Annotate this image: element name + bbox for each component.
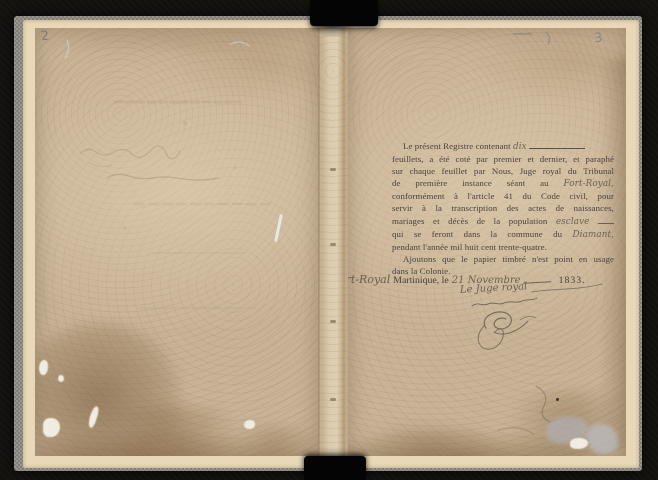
folio-number-right: 3	[593, 31, 603, 47]
handwritten-place: Fort-Royal	[348, 273, 390, 286]
attestation-line-9: pendant l'année mil huit cent trente-qua…	[392, 241, 614, 253]
damage-spot	[87, 405, 100, 428]
attestation-line-6: servir à la transcription des actes de n…	[392, 202, 614, 214]
handwritten-dash	[598, 216, 614, 224]
attestation-line-1: Le présent Registre contenant dix	[392, 140, 614, 153]
stain-blob	[348, 426, 521, 456]
stain-blob	[496, 390, 626, 456]
attestation-line-10: Ajoutons que le papier timbré n'est poin…	[392, 253, 614, 265]
handwritten-word: esclave	[556, 217, 590, 227]
damage-spot	[58, 375, 64, 382]
page-right: 3 Le présent Registre contenant dix feui…	[348, 28, 626, 456]
attestation-line-7: mariages et décès de la population escla…	[392, 215, 614, 228]
printed-text: de première instance séant au	[392, 178, 549, 188]
damage-spot	[43, 418, 60, 437]
signature-title: Le Juge royal	[460, 281, 528, 296]
damage-spot	[39, 360, 48, 375]
attestation-line-3: sur chaque feuillet par Nous, Juge royal…	[392, 165, 614, 177]
stitch-mark	[330, 168, 336, 171]
binding-gutter	[318, 28, 348, 456]
photo-backdrop: 2	[0, 0, 658, 480]
attestation-line-2: feuillets, a été coté par premier et der…	[392, 153, 614, 165]
stain-blob	[93, 406, 258, 456]
attestation-text: Le présent Registre contenant dix feuill…	[392, 140, 614, 277]
scratch-mark	[274, 214, 282, 242]
stitch-mark	[330, 243, 336, 246]
handwritten-word: Diamant,	[573, 230, 615, 240]
attestation-line-4: de première instance séant au Fort-Royal…	[392, 177, 614, 190]
handwritten-word: dix	[513, 142, 527, 152]
stitch-mark	[330, 398, 336, 401]
blank-rule	[529, 140, 585, 149]
ink-dot	[556, 398, 559, 401]
register-book: 2	[14, 16, 642, 471]
damage-spot	[570, 438, 588, 449]
signature-block: Le Juge royal	[428, 282, 608, 352]
book-clamp-bottom	[304, 456, 366, 480]
stitch-mark	[330, 320, 336, 323]
printed-text: mariages et décès de la population	[392, 216, 547, 226]
bleed-through-marks	[35, 28, 318, 456]
stain-blob	[35, 323, 185, 456]
stain-blob	[35, 28, 318, 56]
damage-spot	[244, 420, 255, 429]
gutter-shadow	[310, 24, 356, 38]
page-left: 2	[35, 28, 318, 456]
printed-text: qui se feront dans la commune du	[392, 229, 562, 239]
stain-blob	[213, 426, 318, 456]
abrasion-patch	[546, 416, 588, 444]
book-clamp-top	[310, 0, 378, 26]
folio-number-left: 2	[40, 28, 50, 44]
printed-text: Le présent Registre contenant	[403, 141, 511, 151]
abrasion-patch	[586, 424, 618, 454]
attestation-line-8: qui se feront dans la commune du Diamant…	[392, 228, 614, 241]
attestation-line-5: conformément à l'article 41 du Code civi…	[392, 190, 614, 202]
handwritten-word: Fort-Royal,	[564, 179, 614, 189]
